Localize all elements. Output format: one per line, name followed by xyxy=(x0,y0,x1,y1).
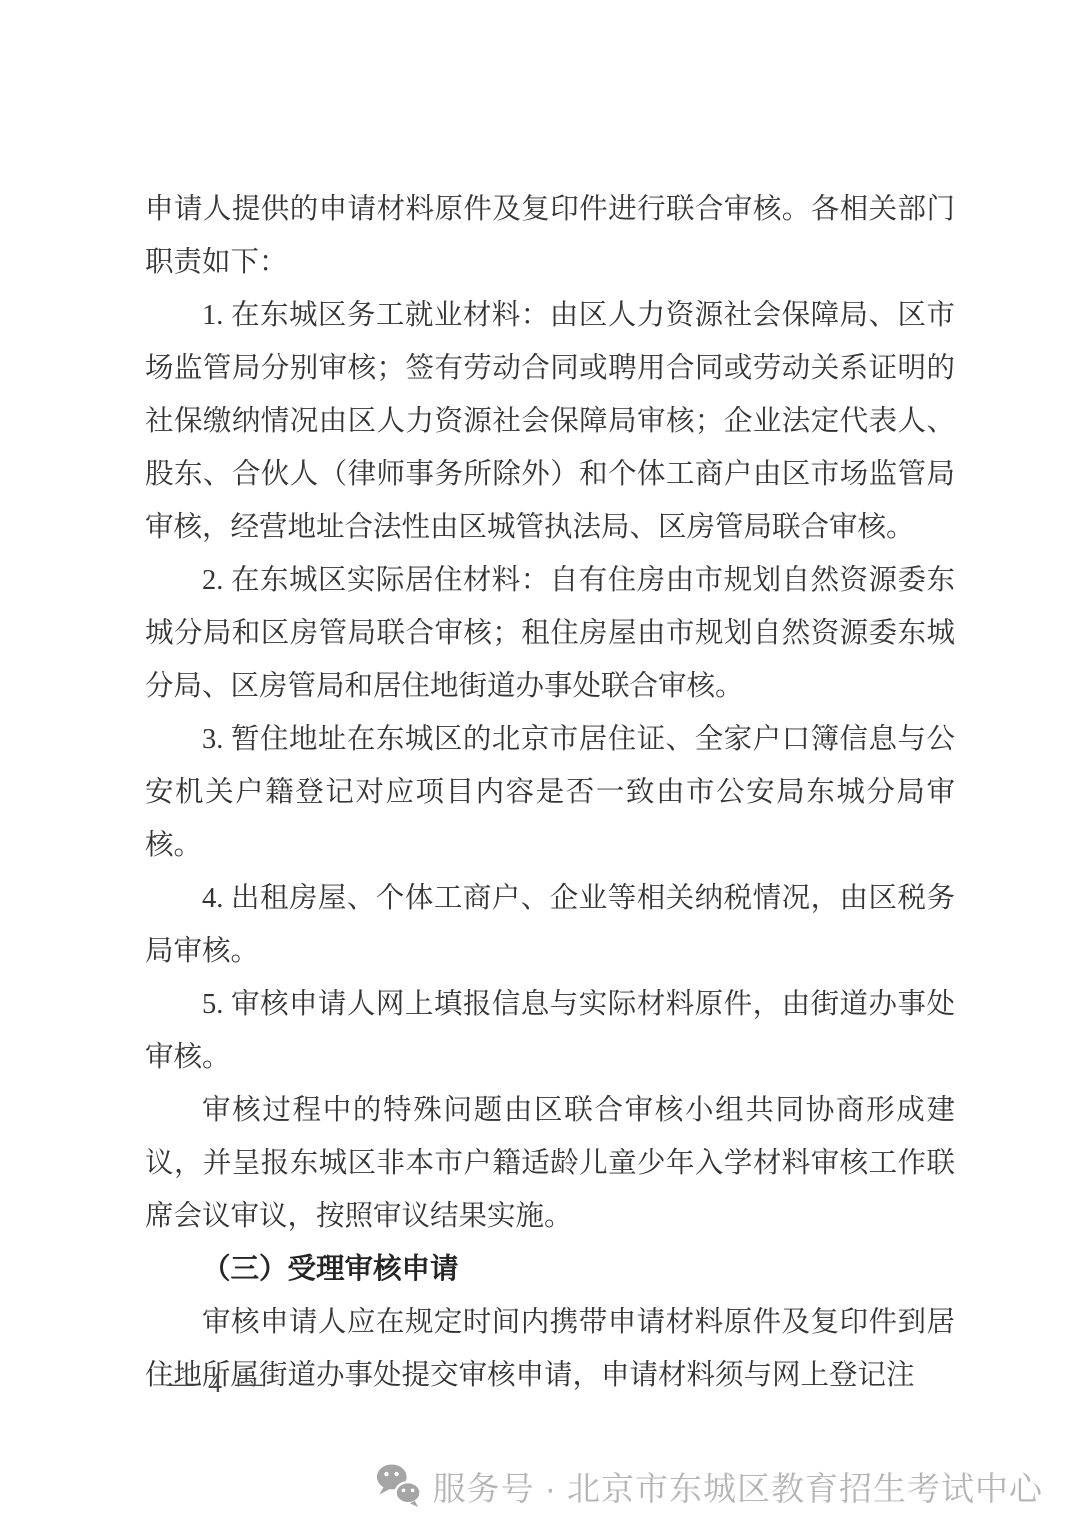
paragraph-special-issues: 审核过程中的特殊问题由区联合审核小组共同协商形成建议，并呈报东城区非本市户籍适龄… xyxy=(145,1084,955,1243)
section-heading: （三）受理审核申请 xyxy=(145,1243,955,1296)
wechat-logo-icon xyxy=(375,1463,421,1509)
wechat-footer: 服务号 · 北京市东城区教育招生考试中心 xyxy=(375,1458,1043,1514)
paragraph-item-3: 3. 暂住地址在东城区的北京市居住证、全家户口簿信息与公安机关户籍登记对应项目内… xyxy=(145,713,955,872)
paragraph-accept-application: 审核申请人应在规定时间内携带申请材料原件及复印件到居住地所属街道办事处提交审核申… xyxy=(145,1296,955,1402)
paragraph-item-5: 5. 审核申请人网上填报信息与实际材料原件，由街道办事处审核。 xyxy=(145,978,955,1084)
paragraph-item-4: 4. 出租房屋、个体工商户、企业等相关纳税情况，由区税务局审核。 xyxy=(145,872,955,978)
document-body: 申请人提供的申请材料原件及复印件进行联合审核。各相关部门职责如下： 1. 在东城… xyxy=(145,183,955,1402)
document-page: 申请人提供的申请材料原件及复印件进行联合审核。各相关部门职责如下： 1. 在东城… xyxy=(0,0,1080,1527)
footer-account-label: 服务号 · 北京市东城区教育招生考试中心 xyxy=(433,1463,1043,1510)
paragraph-item-1: 1. 在东城区务工就业材料：由区人力资源社会保障局、区市场监管局分别审核；签有劳… xyxy=(145,289,955,554)
paragraph-intro: 申请人提供的申请材料原件及复印件进行联合审核。各相关部门职责如下： xyxy=(145,183,955,289)
paragraph-item-2: 2. 在东城区实际居住材料：自有住房由市规划自然资源委东城分局和区房管局联合审核… xyxy=(145,554,955,713)
page-number: — 4 — xyxy=(167,1368,266,1400)
